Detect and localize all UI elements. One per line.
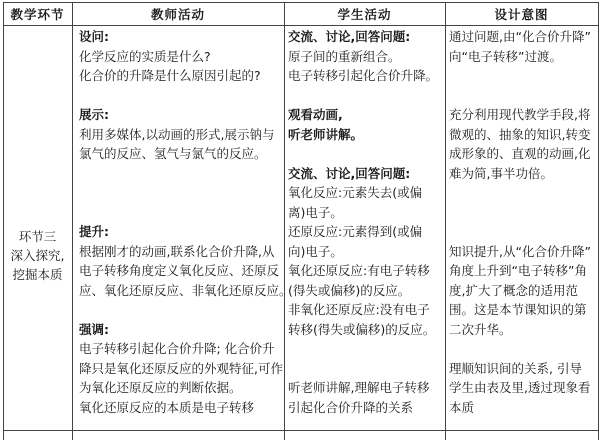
intent-line: 度,扩大了概念的适用范 [449,281,597,301]
student-block-title: 交流、讨论,回答问题: [288,164,444,184]
lesson-plan-table: 教学环节 教师活动 学生活动 设计意图 环节三 深入探究, 挖掘本质 设问: 化… [3,2,599,440]
intent-line: 理顺知识间的关系, 引导 [449,359,597,379]
teacher-line: 化合价的升降是什么原因引起的? [79,66,282,86]
teacher-line: 电子转移角度定义氧化反应、还原反 [79,261,282,281]
teacher-activity-cell: 设问: 化学反应的实质是什么? 化合价的升降是什么原因引起的? 展示: 利用多媒… [79,27,282,417]
intent-line: 成形象的、直观的动画,化 [449,144,597,164]
teacher-line: 根据刚才的动画,联系化合价升降,从 [79,242,282,262]
student-block-title: 交流、讨论,回答问题: [288,27,444,47]
teacher-block-title: 强调: [79,320,282,340]
header-teacher-activity: 教师活动 [72,2,284,25]
teacher-line: 为氧化还原反应的判断依据。 [79,378,282,398]
intent-line: 本质 [449,398,597,418]
student-line: (得失或偏移)的反应。 [288,281,444,301]
teacher-line: 电子转移引起化合价升降; 化合价升 [79,339,282,359]
stage-line: 环节三 [3,227,72,246]
header-design-intent: 设计意图 [445,2,598,25]
student-line: 氧化反应:元素失去(或偏 [288,183,444,203]
student-block-title: 听老师讲解。 [288,125,444,145]
student-line: 电子转移引起化合价升降。 [288,66,444,86]
student-activity-cell: 交流、讨论,回答问题: 原子间的重新组合。 电子转移引起化合价升降。 观看动画,… [288,27,444,417]
col-border-2 [284,2,285,440]
student-line: 原子间的重新组合。 [288,47,444,67]
teacher-line: 化学反应的实质是什么? [79,47,282,67]
intent-line: 通过问题,由“化合价升降” [449,27,597,47]
header-stage: 教学环节 [3,2,72,25]
col-border-right [598,2,599,440]
stage-line: 挖掘本质 [3,265,72,284]
stage-line: 深入探究, [3,246,72,265]
student-line: 非氧化还原反应:没有电子 [288,300,444,320]
intent-line: 围。这是本节课知识的第 [449,300,597,320]
intent-line: 向“电子转移”过渡。 [449,47,597,67]
teacher-line: 氧化还原反应的本质是电子转移 [79,398,282,418]
teacher-line: 降只是氧化还原反应的外观特征,可作 [79,359,282,379]
teacher-block-title: 提升: [79,222,282,242]
teacher-line: 利用多媒体,以动画的形式,展示钠与 [79,125,282,145]
col-border-3 [445,2,446,440]
header-student-activity: 学生活动 [284,2,445,25]
intent-line: 学生由表及里,透过现象看 [449,378,597,398]
student-line: 听老师讲解,理解电子转移 [288,378,444,398]
intent-line: 角度上升到“电子转移”角 [449,261,597,281]
intent-line: 微观的、抽象的知识,转变 [449,125,597,145]
student-line: 引起化合价升降的关系 [288,398,444,418]
header-bottom-border [3,25,599,26]
intent-line: 充分利用现代教学手段,将 [449,105,597,125]
row-bottom-border [3,430,599,431]
student-line: 还原反应:元素得到(或偏 [288,222,444,242]
teacher-line: 应、氧化还原反应、非氧化还原反应。 [79,281,282,301]
intent-line: 难为简,事半功倍。 [449,164,597,184]
teacher-line: 氯气的反应、氢气与氯气的反应。 [79,144,282,164]
design-intent-cell: 通过问题,由“化合价升降” 向“电子转移”过渡。 充分利用现代教学手段,将 微观… [449,27,597,417]
teacher-block-title: 设问: [79,27,282,47]
student-line: 离)电子。 [288,203,444,223]
student-line: 氧化还原反应:有电子转移 [288,261,444,281]
intent-line: 知识提升,从“化合价升降” [449,242,597,262]
col-border-left [3,2,4,440]
stage-cell: 环节三 深入探究, 挖掘本质 [3,227,72,284]
teacher-block-title: 展示: [79,105,282,125]
student-line: 转移(得失或偏移)的反应。 [288,320,444,340]
student-line: 向)电子。 [288,242,444,262]
intent-line: 二次升华。 [449,320,597,340]
col-border-1 [72,2,73,440]
student-block-title: 观看动画, [288,105,444,125]
